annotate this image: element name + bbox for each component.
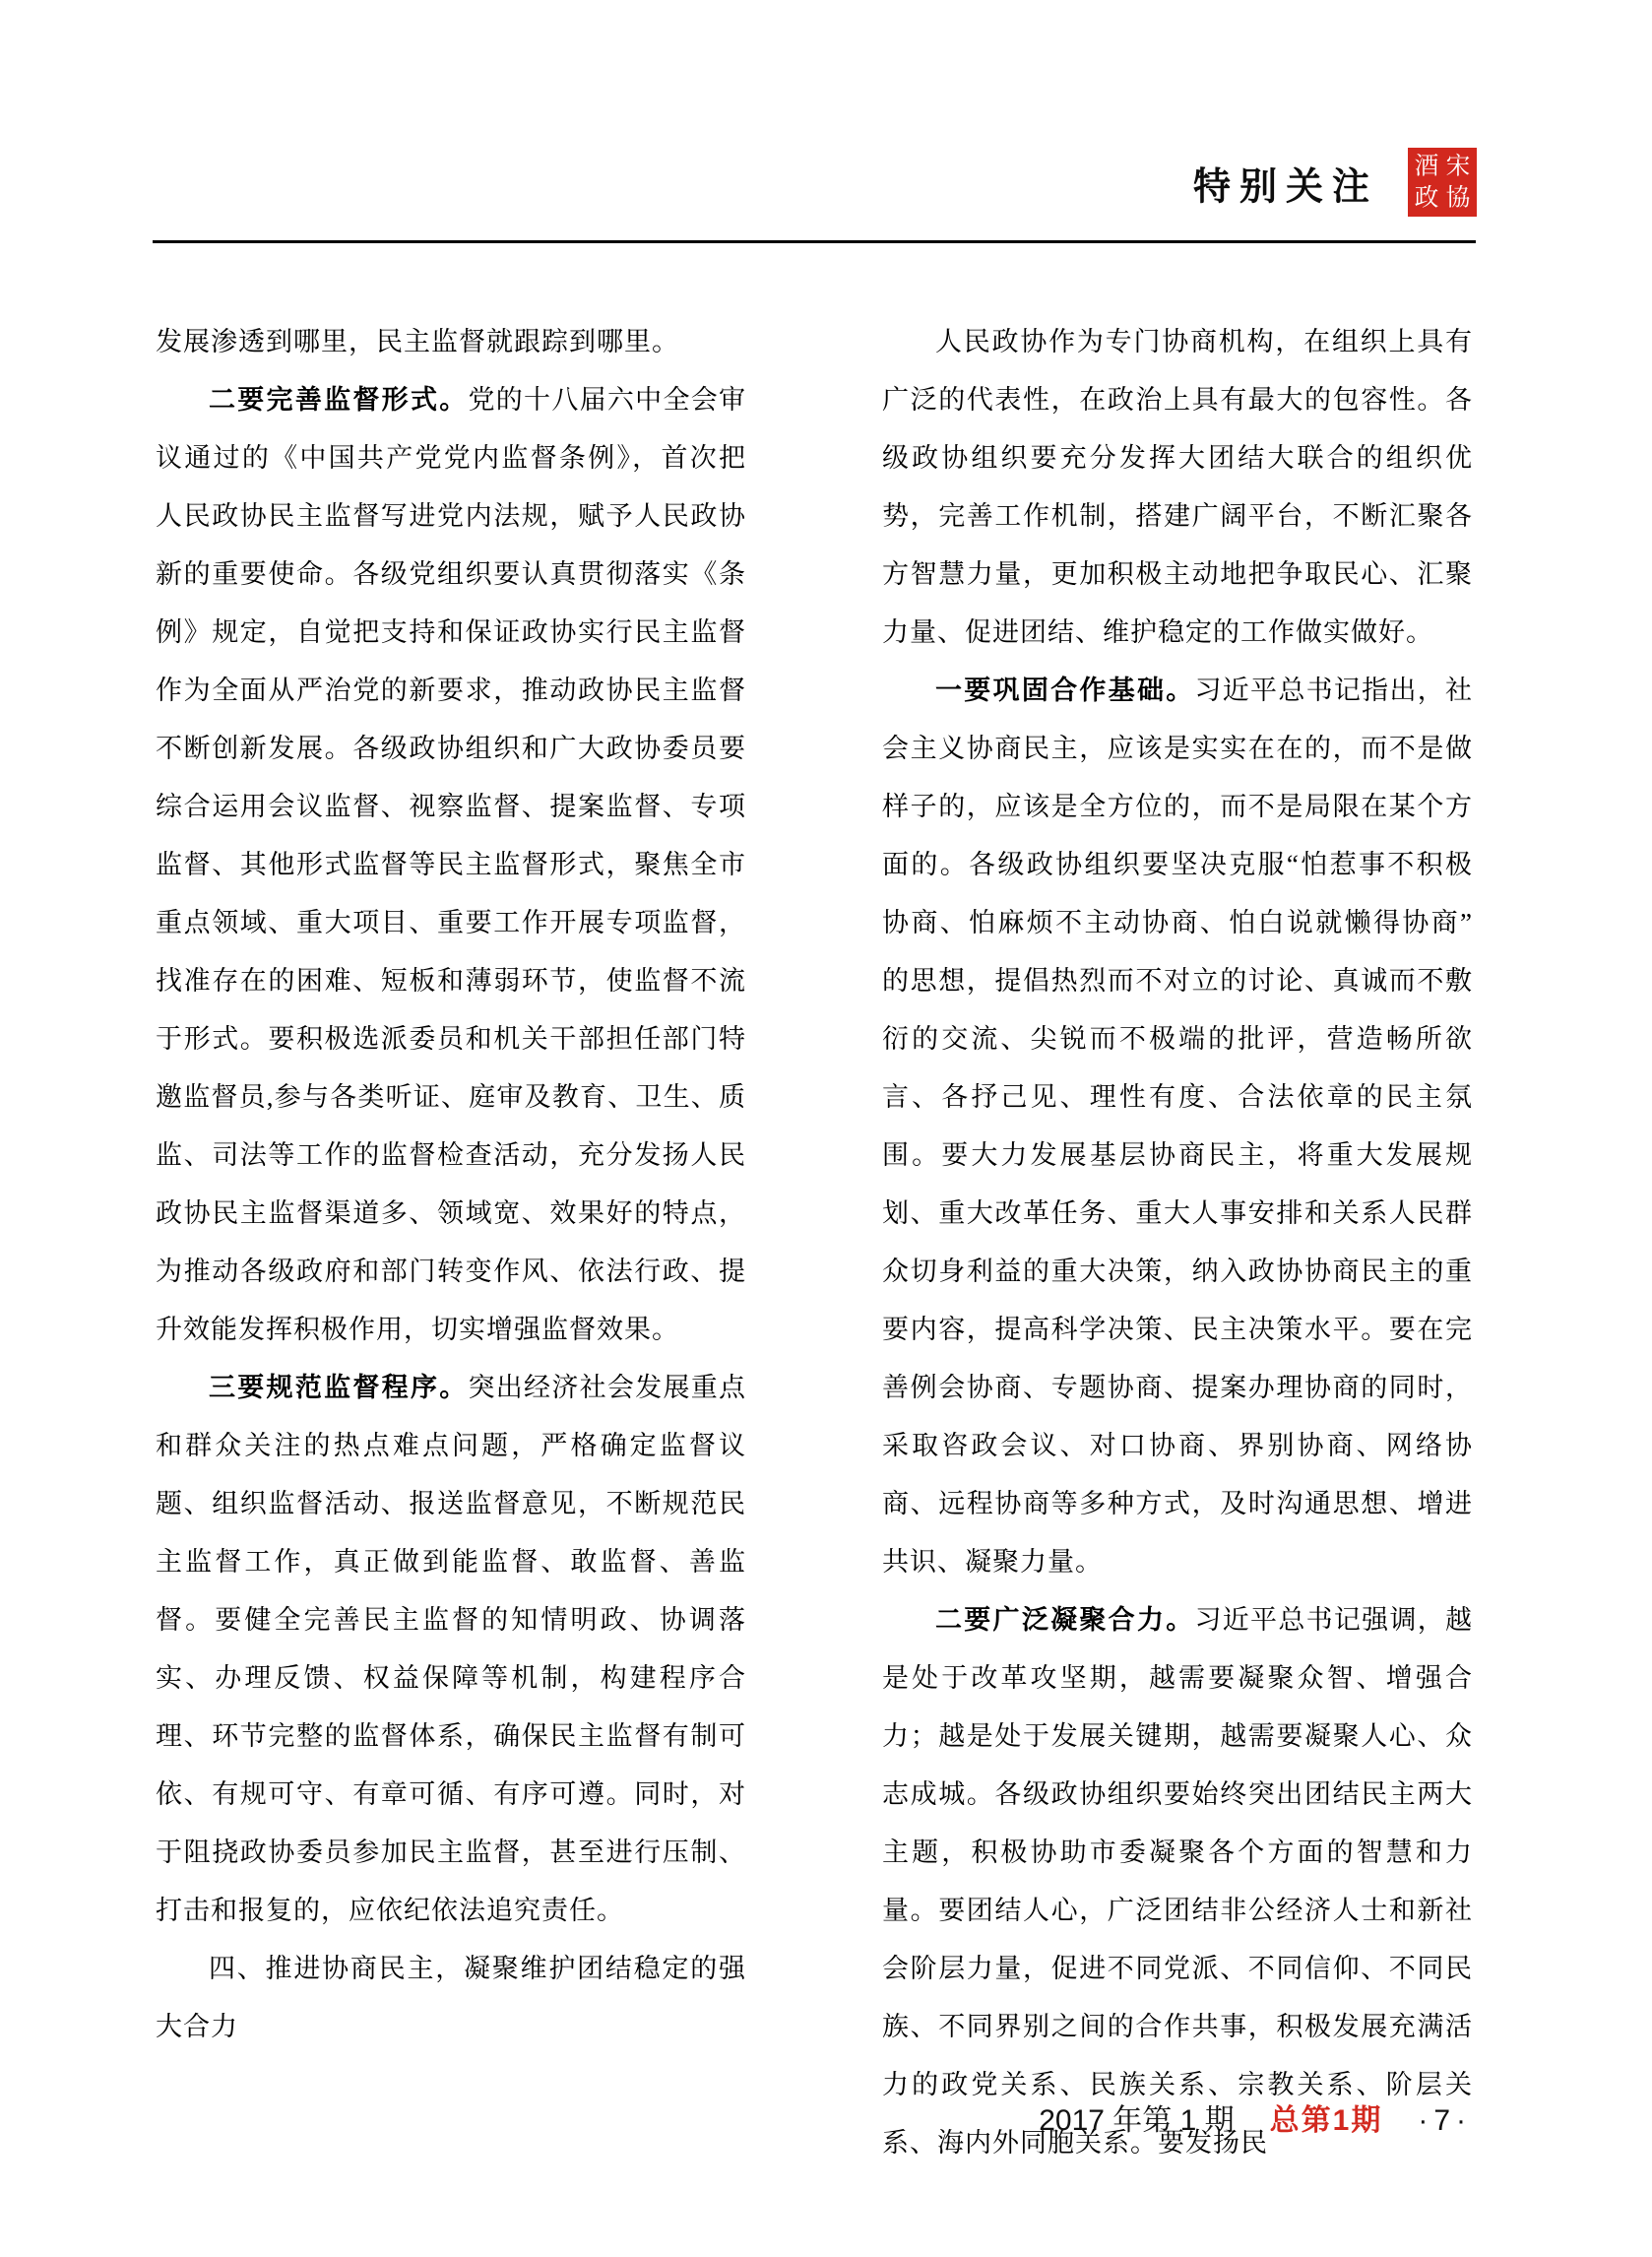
footer-page-number: ·7·: [1418, 2104, 1472, 2138]
magazine-page: 特别关注 酒 宋 政 協 发展渗透到哪里，民主监督就跟踪到哪里。二要完善监督形式…: [0, 0, 1652, 2257]
footer-issue-label: 2017 年第 1 期: [1039, 2096, 1234, 2139]
paragraph: 四、推进协商民主，凝聚维护团结稳定的强大合力: [156, 1940, 746, 2056]
page-footer: 2017 年第 1 期 总第1期 ·7·: [1039, 2096, 1472, 2139]
paragraph: 人民政协作为专门协商机构，在组织上具有广泛的代表性，在政治上具有最大的包容性。各…: [882, 313, 1473, 662]
paragraph-lead-heading: 一要巩固合作基础。: [935, 676, 1195, 705]
seal-character: 協: [1446, 186, 1471, 211]
paragraph: 发展渗透到哪里，民主监督就跟踪到哪里。: [156, 313, 746, 371]
paragraph: 二要完善监督形式。党的十八届六中全会审议通过的《中国共产党党内监督条例》，首次把…: [156, 371, 746, 1359]
section-title: 特别关注: [1193, 155, 1378, 210]
seal-character: 酒: [1415, 155, 1439, 179]
journal-seal-stamp: 酒 宋 政 協: [1408, 148, 1477, 217]
seal-character: 政: [1415, 186, 1439, 211]
paragraph: 三要规范监督程序。突出经济社会发展重点和群众关注的热点难点问题，严格确定监督议题…: [156, 1359, 746, 1940]
header-divider-line: [153, 240, 1476, 243]
paragraph: 一要巩固合作基础。习近平总书记指出，社会主义协商民主，应该是实实在在的，而不是做…: [882, 662, 1473, 1591]
paragraph: 二要广泛凝聚合力。习近平总书记强调，越是处于改革攻坚期，越需要凝聚众智、增强合力…: [882, 1591, 1473, 2172]
paragraph-lead-heading: 二要完善监督形式。: [209, 385, 469, 415]
left-text-column: 发展渗透到哪里，民主监督就跟踪到哪里。二要完善监督形式。党的十八届六中全会审议通…: [156, 313, 746, 2056]
paragraph-lead-heading: 三要规范监督程序。: [209, 1373, 469, 1402]
footer-total-issue-label: 总第1期: [1270, 2096, 1383, 2139]
page-header: 特别关注 酒 宋 政 協: [1193, 148, 1477, 217]
paragraph-lead-heading: 二要广泛凝聚合力。: [935, 1605, 1195, 1635]
seal-character: 宋: [1446, 155, 1471, 179]
right-text-column: 人民政协作为专门协商机构，在组织上具有广泛的代表性，在政治上具有最大的包容性。各…: [882, 313, 1473, 2172]
